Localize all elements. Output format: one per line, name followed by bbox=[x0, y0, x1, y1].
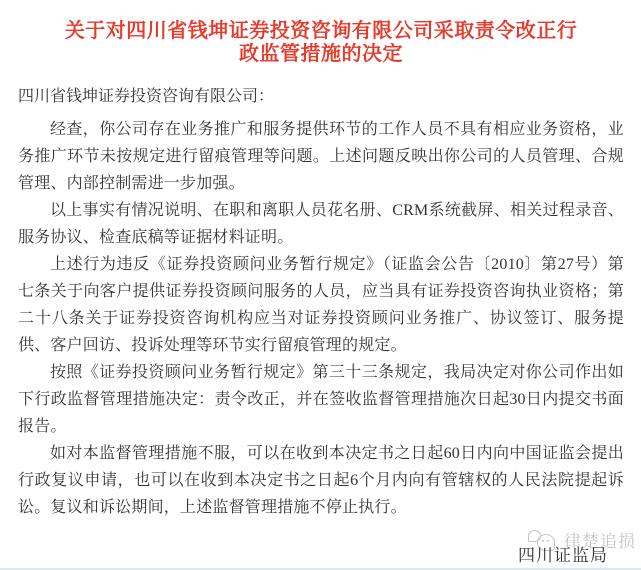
paragraph-findings: 经查，你公司存在业务推广和服务提供环节的工作人员不具有相应业务资格，业务推广环节… bbox=[18, 116, 624, 197]
paragraph-decision: 按照《证券投资顾问业务暂行规定》第三十三条规定，我局决定对你公司作出如下行政监督… bbox=[18, 359, 624, 440]
title-line-2: 政监管措施的决定 bbox=[54, 43, 588, 66]
document-page: 关于对四川省钱坤证券投资咨询有限公司采取责令改正行 政监管措施的决定 四川省钱坤… bbox=[0, 0, 641, 570]
paragraph-appeal-rights: 如对本监督管理措施不服，可以在收到本决定书之日起60日内向中国证监会提出行政复议… bbox=[18, 440, 624, 521]
document-content: 关于对四川省钱坤证券投资咨询有限公司采取责令改正行 政监管措施的决定 四川省钱坤… bbox=[0, 0, 641, 521]
title-line-1: 关于对四川省钱坤证券投资咨询有限公司采取责令改正行 bbox=[54, 20, 588, 43]
document-title: 关于对四川省钱坤证券投资咨询有限公司采取责令改正行 政监管措施的决定 bbox=[54, 20, 588, 66]
signature-issuer: 四川证监局 bbox=[518, 545, 608, 567]
salutation: 四川省钱坤证券投资咨询有限公司： bbox=[18, 83, 624, 110]
paragraph-violations: 上述行为违反《证券投资顾问业务暂行规定》（证监会公告〔2010〕第27号）第七条… bbox=[18, 251, 624, 359]
paragraph-evidence: 以上事实有情况说明、在职和离职人员花名册、CRM系统截屏、相关过程录音、服务协议… bbox=[18, 197, 624, 251]
